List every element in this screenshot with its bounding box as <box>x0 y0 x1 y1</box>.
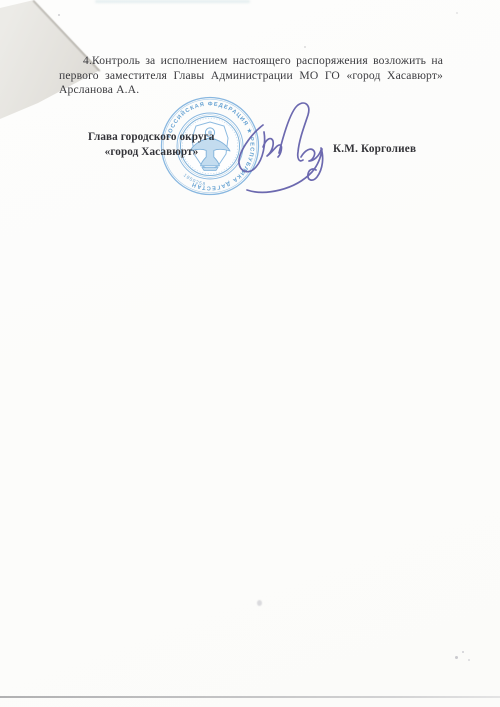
handwritten-signature <box>230 95 330 200</box>
scanned-page: 4.Контроль за исполнением настоящего рас… <box>0 0 500 707</box>
scan-speck <box>58 14 60 16</box>
scan-speck <box>304 46 306 48</box>
signer-title-line-1: Глава городского округа <box>88 130 215 145</box>
scan-speck <box>462 651 464 653</box>
scan-speck <box>456 12 458 14</box>
scan-speck <box>455 656 458 659</box>
signer-name: К.М. Корголиев <box>333 143 416 155</box>
signer-title-line-2: «город Хасавюрт» <box>88 145 215 160</box>
scan-speck <box>257 600 262 606</box>
signature-titles: Глава городского округа «город Хасавюрт» <box>88 130 215 159</box>
paragraph-line-1: 4.Контроль за исполнением настоящего рас… <box>83 54 443 69</box>
scan-edge-line <box>0 696 500 698</box>
scan-smudge <box>95 0 250 3</box>
scan-speck <box>468 659 470 661</box>
